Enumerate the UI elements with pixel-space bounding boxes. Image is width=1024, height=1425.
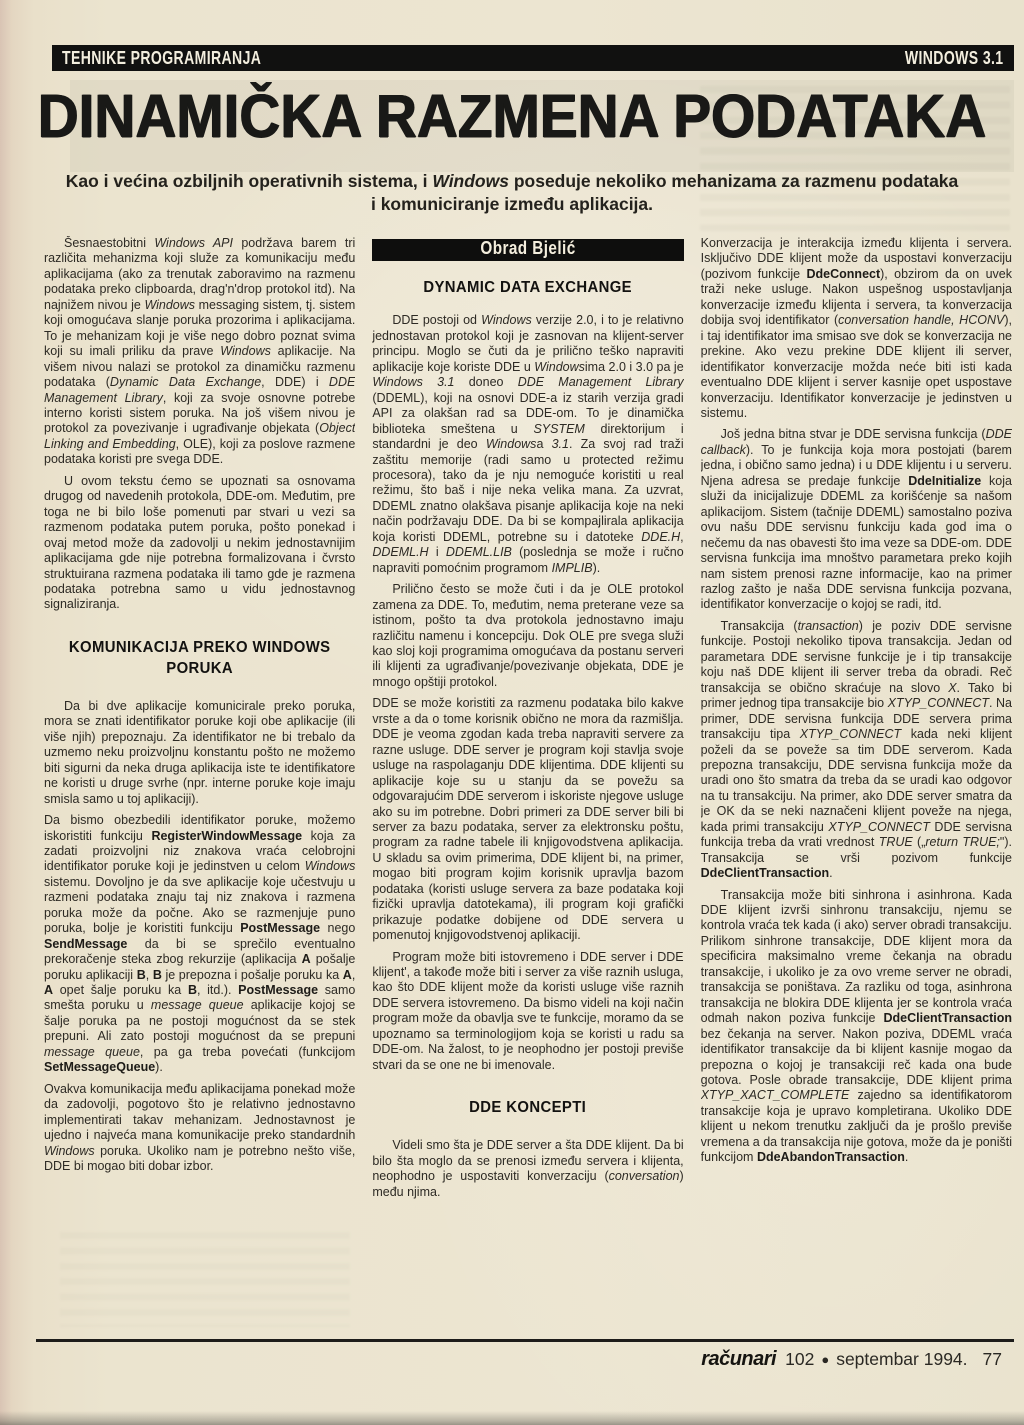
bullet-separator: ● xyxy=(821,1352,829,1367)
paragraph: Transakcija (transaction) je poziv DDE s… xyxy=(701,619,1012,882)
magazine-logo: računari xyxy=(701,1348,776,1370)
paragraph: Transakcija može biti sinhrona i asinhro… xyxy=(701,888,1012,1166)
article-title: DINAMIČKA RAZMENA PODATAKA xyxy=(36,86,988,147)
magazine-page: TEHNIKE PROGRAMIRANJA WINDOWS 3.1 DINAMI… xyxy=(0,0,1024,1425)
paragraph: Da bismo obezbedili identifikator poruke… xyxy=(44,813,355,1076)
paragraph: Šesnaestobitni Windows API podržava bare… xyxy=(44,236,355,468)
column-right: Konverzacija je interakcija između klije… xyxy=(701,236,1012,1330)
article-body: Šesnaestobitni Windows API podržava bare… xyxy=(44,236,1012,1330)
topic-label: WINDOWS 3.1 xyxy=(905,48,1004,69)
section-label: TEHNIKE PROGRAMIRANJA xyxy=(62,48,261,69)
issue-number: 102 xyxy=(785,1349,814,1369)
paragraph: Ovakva komunikacija među aplikacijama po… xyxy=(44,1082,355,1175)
paragraph: DDE se može koristiti za razmenu podatak… xyxy=(372,696,683,943)
article-lead: Kao i većina ozbiljnih operativnih siste… xyxy=(62,170,962,216)
paragraph: Konverzacija je interakcija između klije… xyxy=(701,236,1012,421)
paragraph: Prilično često se može čuti i da je OLE … xyxy=(372,582,683,690)
paragraph: Još jedna bitna stvar je DDE servisna fu… xyxy=(701,427,1012,612)
header-bar: TEHNIKE PROGRAMIRANJA WINDOWS 3.1 xyxy=(52,45,1014,71)
footer-rule xyxy=(36,1339,1014,1342)
section-heading: DYNAMIC DATA EXCHANGE xyxy=(392,277,664,298)
column-left: Šesnaestobitni Windows API podržava bare… xyxy=(44,236,355,1330)
footer: računari102●septembar 1994.77 xyxy=(701,1348,1002,1371)
paragraph: Da bi dve aplikacije komunicirale preko … xyxy=(44,699,355,807)
section-heading: DDE KONCEPTI xyxy=(392,1097,664,1118)
section-heading: KOMUNIKACIJA PREKO WINDOWS PORUKA xyxy=(64,637,336,679)
page-number: 77 xyxy=(983,1349,1002,1369)
paragraph: DDE postoji od Windows verzije 2.0, i to… xyxy=(372,313,683,576)
scan-edge-shadow xyxy=(0,1411,1024,1425)
column-center: Obrad Bjelić DYNAMIC DATA EXCHANGE DDE p… xyxy=(372,236,683,1330)
paragraph: Videli smo šta je DDE server a šta DDE k… xyxy=(372,1138,683,1200)
issue-date: septembar 1994. xyxy=(836,1349,967,1369)
byline-author: Obrad Bjelić xyxy=(480,241,575,256)
byline-box: Obrad Bjelić xyxy=(372,239,683,261)
paragraph: U ovom tekstu ćemo se upoznati sa osnova… xyxy=(44,474,355,613)
paragraph: Program može biti istovremeno i DDE serv… xyxy=(372,950,683,1074)
